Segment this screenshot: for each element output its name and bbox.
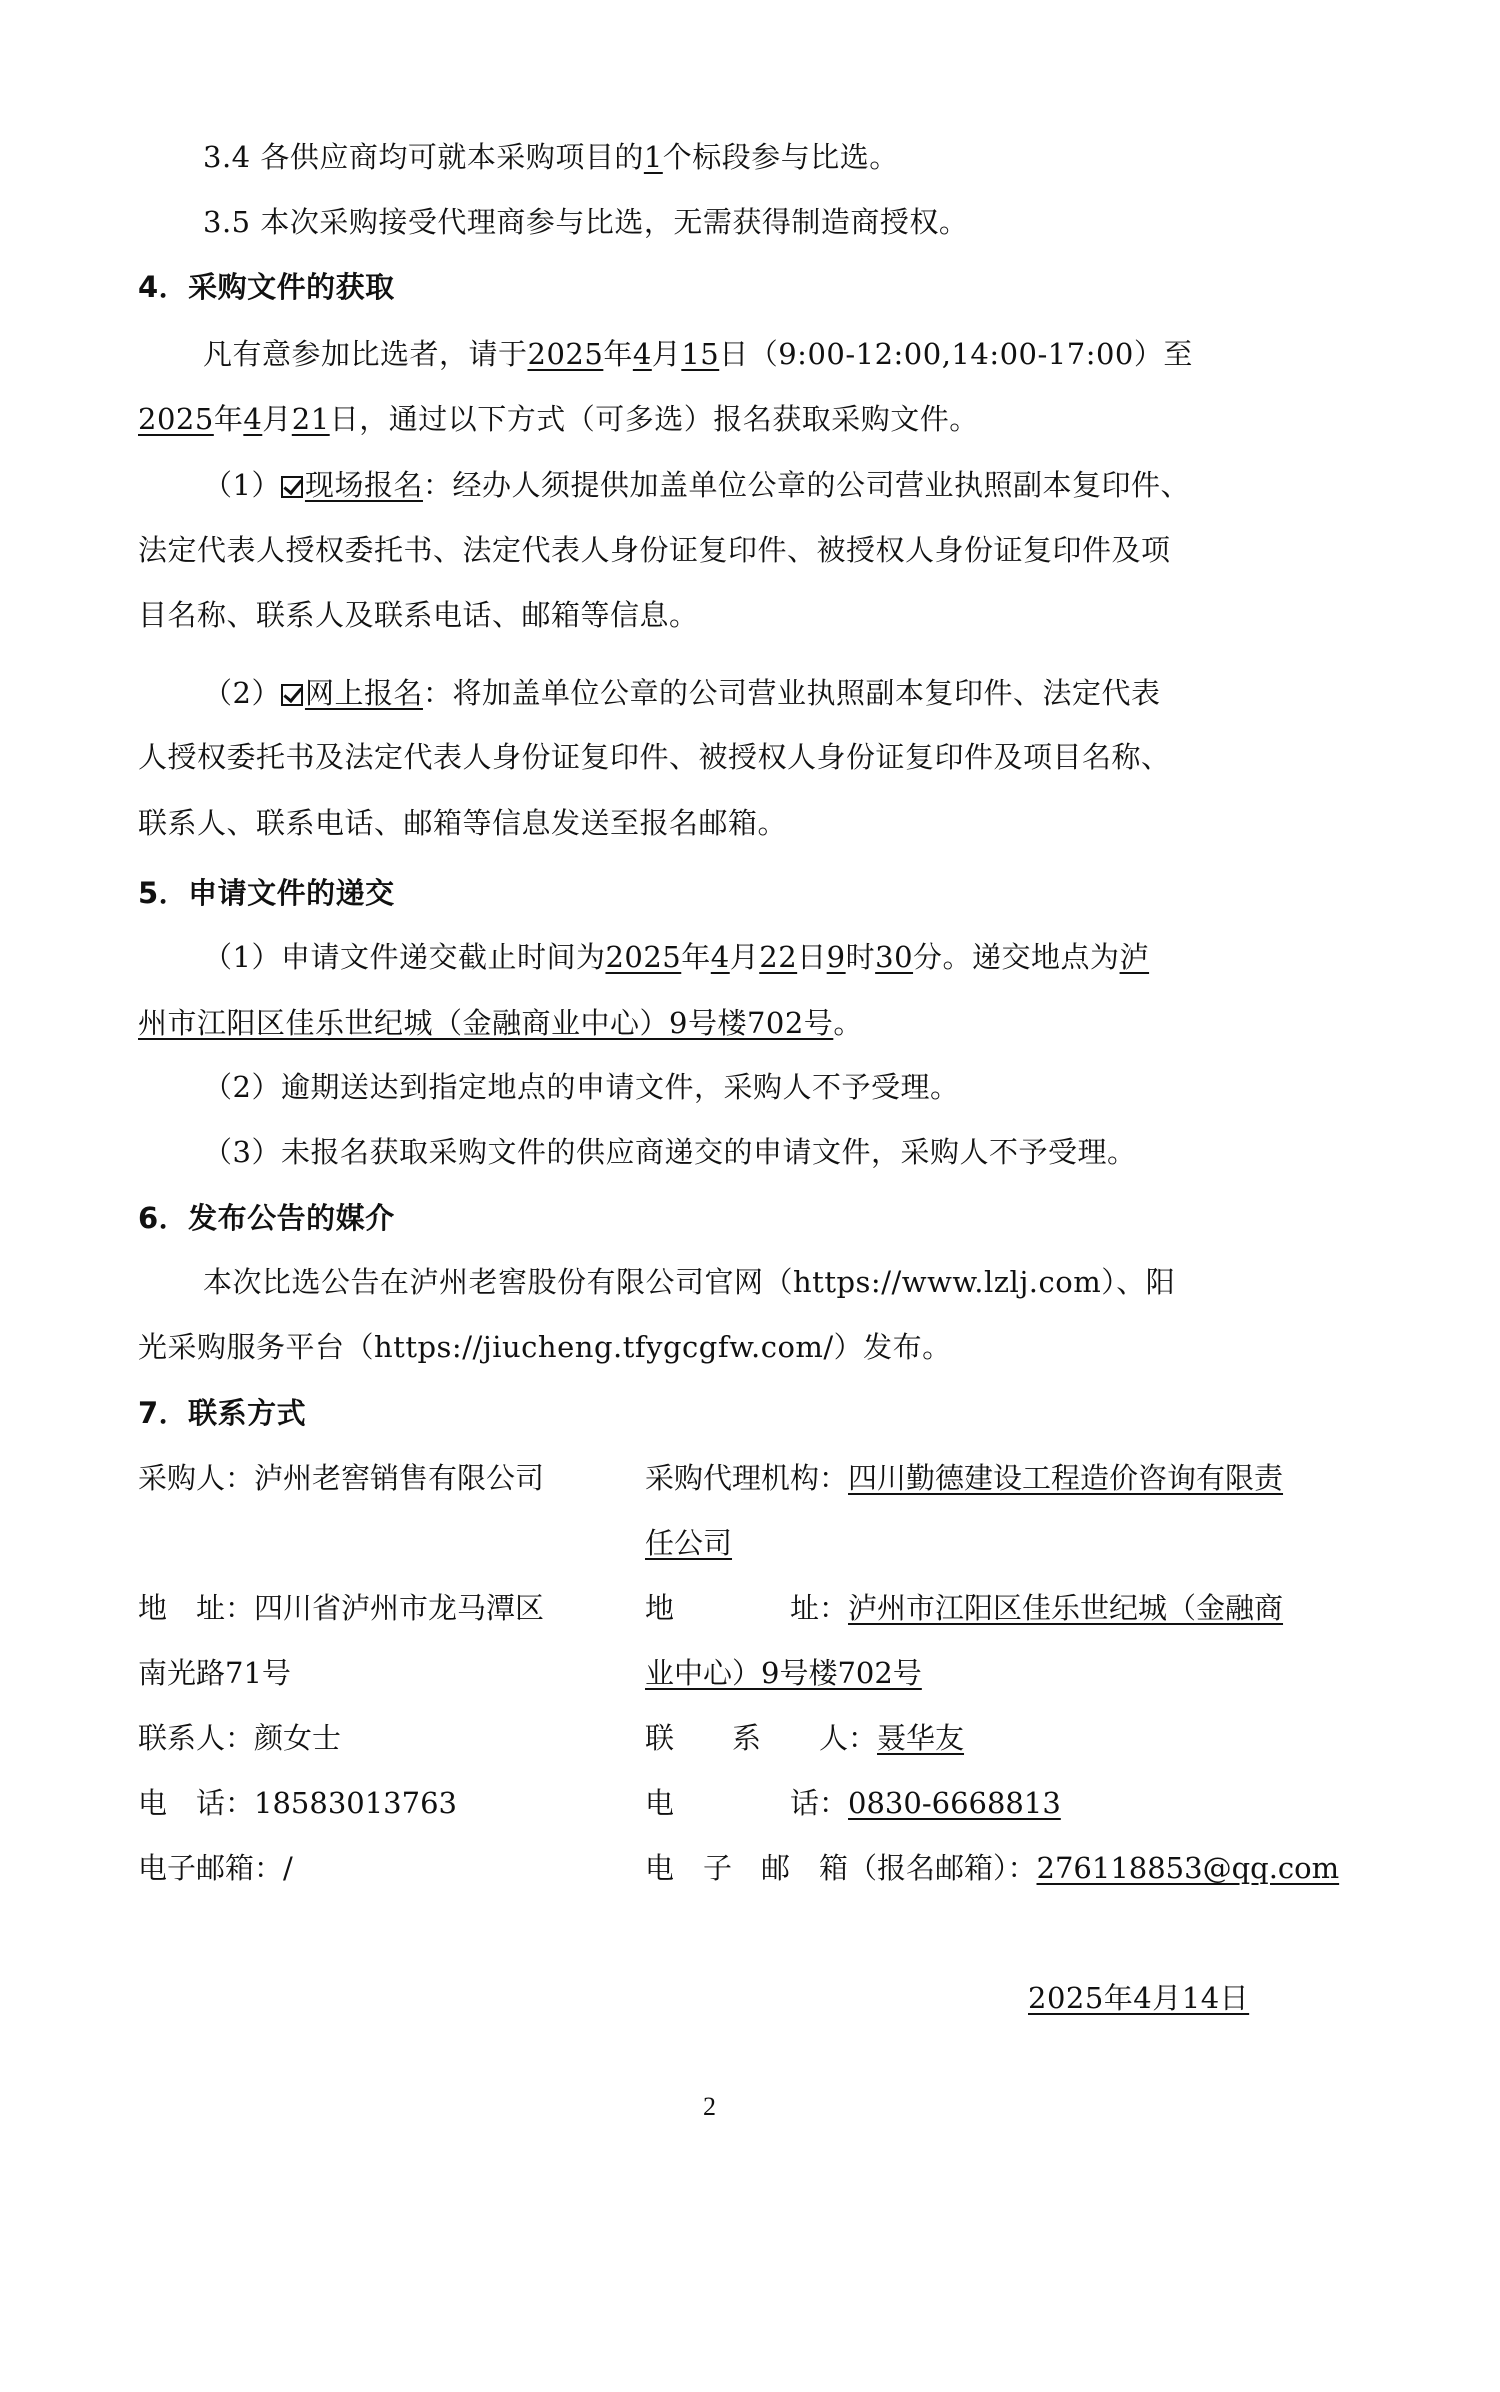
agency-email: 电 子 邮 箱（报名邮箱）：276118853@qq.com — [645, 1848, 1339, 1888]
option1-line3: 目名称、联系人及联系电话、邮箱等信息。 — [138, 595, 1298, 635]
option2-line3: 联系人、联系电话、邮箱等信息发送至报名邮箱。 — [138, 803, 1298, 843]
purchaser-email: 电子邮箱：/ — [138, 1848, 293, 1888]
purchaser-address: 地 址：四川省泸州市龙马潭区 — [138, 1588, 544, 1628]
agency-phone: 电 话：0830-6668813 — [645, 1783, 1061, 1823]
late-submission-rule: （2）逾期送达到指定地点的申请文件，采购人不予受理。 — [203, 1067, 1363, 1107]
document-page: 3.4 各供应商均可就本采购项目的1个标段参与比选。 3.5 本次采购接受代理商… — [0, 0, 1500, 2392]
agency-name: 采购代理机构：四川勤德建设工程造价咨询有限责 — [645, 1458, 1283, 1498]
unregistered-submission-rule: （3）未报名获取采购文件的供应商递交的申请文件，采购人不予受理。 — [203, 1132, 1363, 1172]
section-4-heading: 4．采购文件的获取 — [138, 267, 1298, 307]
agency-address-line2: 业中心）9号楼702号 — [645, 1653, 922, 1693]
agency-address: 地 址：泸州市江阳区佳乐世纪城（金融商 — [645, 1588, 1283, 1628]
purchaser-address-line2: 南光路71号 — [138, 1653, 291, 1693]
item-3-4: 3.4 各供应商均可就本采购项目的1个标段参与比选。 — [203, 137, 1363, 177]
media-line2: 光采购服务平台（https://jiucheng.tfygcgfw.com/）发… — [138, 1327, 1298, 1367]
purchaser-name: 采购人：泸州老窖销售有限公司 — [138, 1458, 544, 1498]
acquisition-period-line2: 2025年4月21日，通过以下方式（可多选）报名获取采购文件。 — [138, 399, 1298, 439]
checkbox-checked-icon — [281, 684, 303, 706]
section-7-heading: 7．联系方式 — [138, 1393, 1298, 1433]
section-6-heading: 6．发布公告的媒介 — [138, 1198, 1298, 1238]
submission-location: 州市江阳区佳乐世纪城（金融商业中心）9号楼702号。 — [138, 1003, 1298, 1043]
submission-deadline-line1: （1）申请文件递交截止时间为2025年4月22日9时30分。递交地点为泸 — [203, 937, 1363, 977]
option2-line2: 人授权委托书及法定代表人身份证复印件、被授权人身份证复印件及项目名称、 — [138, 737, 1298, 777]
section-5-heading: 5．申请文件的递交 — [138, 873, 1298, 913]
item-3-5: 3.5 本次采购接受代理商参与比选，无需获得制造商授权。 — [203, 202, 1363, 242]
purchaser-phone: 电 话：18583013763 — [138, 1783, 457, 1823]
option-online-registration: （2）网上报名：将加盖单位公章的公司营业执照副本复印件、法定代表 — [203, 673, 1363, 713]
agency-contact: 联 系 人：聂华友 — [645, 1718, 964, 1758]
purchaser-contact: 联系人：颜女士 — [138, 1718, 341, 1758]
registration-email-link[interactable]: 276118853@qq.com — [1037, 1851, 1340, 1885]
announcement-date: 2025年4月14日 — [1028, 1978, 1249, 2018]
option1-line2: 法定代表人授权委托书、法定代表人身份证复印件、被授权人身份证复印件及项 — [138, 530, 1298, 570]
segment-count: 1 — [644, 140, 663, 174]
checkbox-checked-icon — [281, 476, 303, 498]
acquisition-period-line1: 凡有意参加比选者，请于2025年4月15日（9:00-12:00,14:00-1… — [203, 334, 1363, 374]
media-line1: 本次比选公告在泸州老窖股份有限公司官网（https://www.lzlj.com… — [203, 1262, 1363, 1302]
option-onsite-registration: （1）现场报名：经办人须提供加盖单位公章的公司营业执照副本复印件、 — [203, 465, 1363, 505]
page-number: 2 — [703, 2092, 716, 2122]
agency-name-line2: 任公司 — [645, 1523, 732, 1563]
